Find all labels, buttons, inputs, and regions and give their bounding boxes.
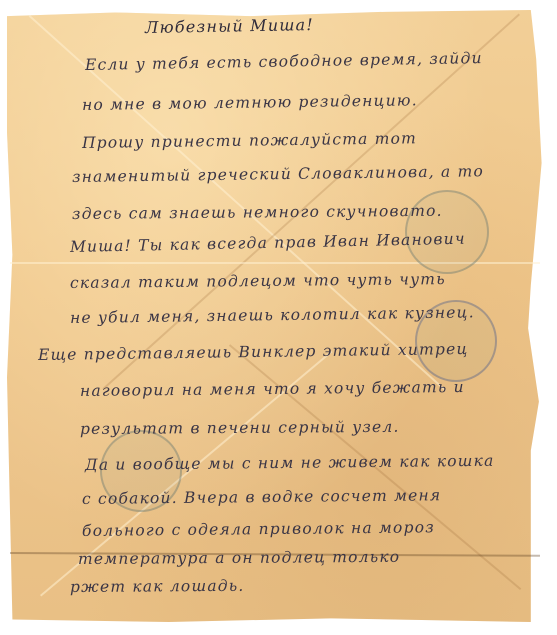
letter-line: здесь сам знаешь немного скучновато. [72,202,443,223]
letter-line: температура а он подлец только [78,548,400,568]
letter-greeting: Любезный Миша! [145,15,314,37]
letter-line: ржет как лошадь. [70,577,245,596]
letter-line: больного с одеяла приволок на мороз [82,518,435,540]
letter-line: результат в печени серный узел. [80,418,400,438]
letter-line: с собакой. Вчера в водке сосчет меня [82,486,442,508]
